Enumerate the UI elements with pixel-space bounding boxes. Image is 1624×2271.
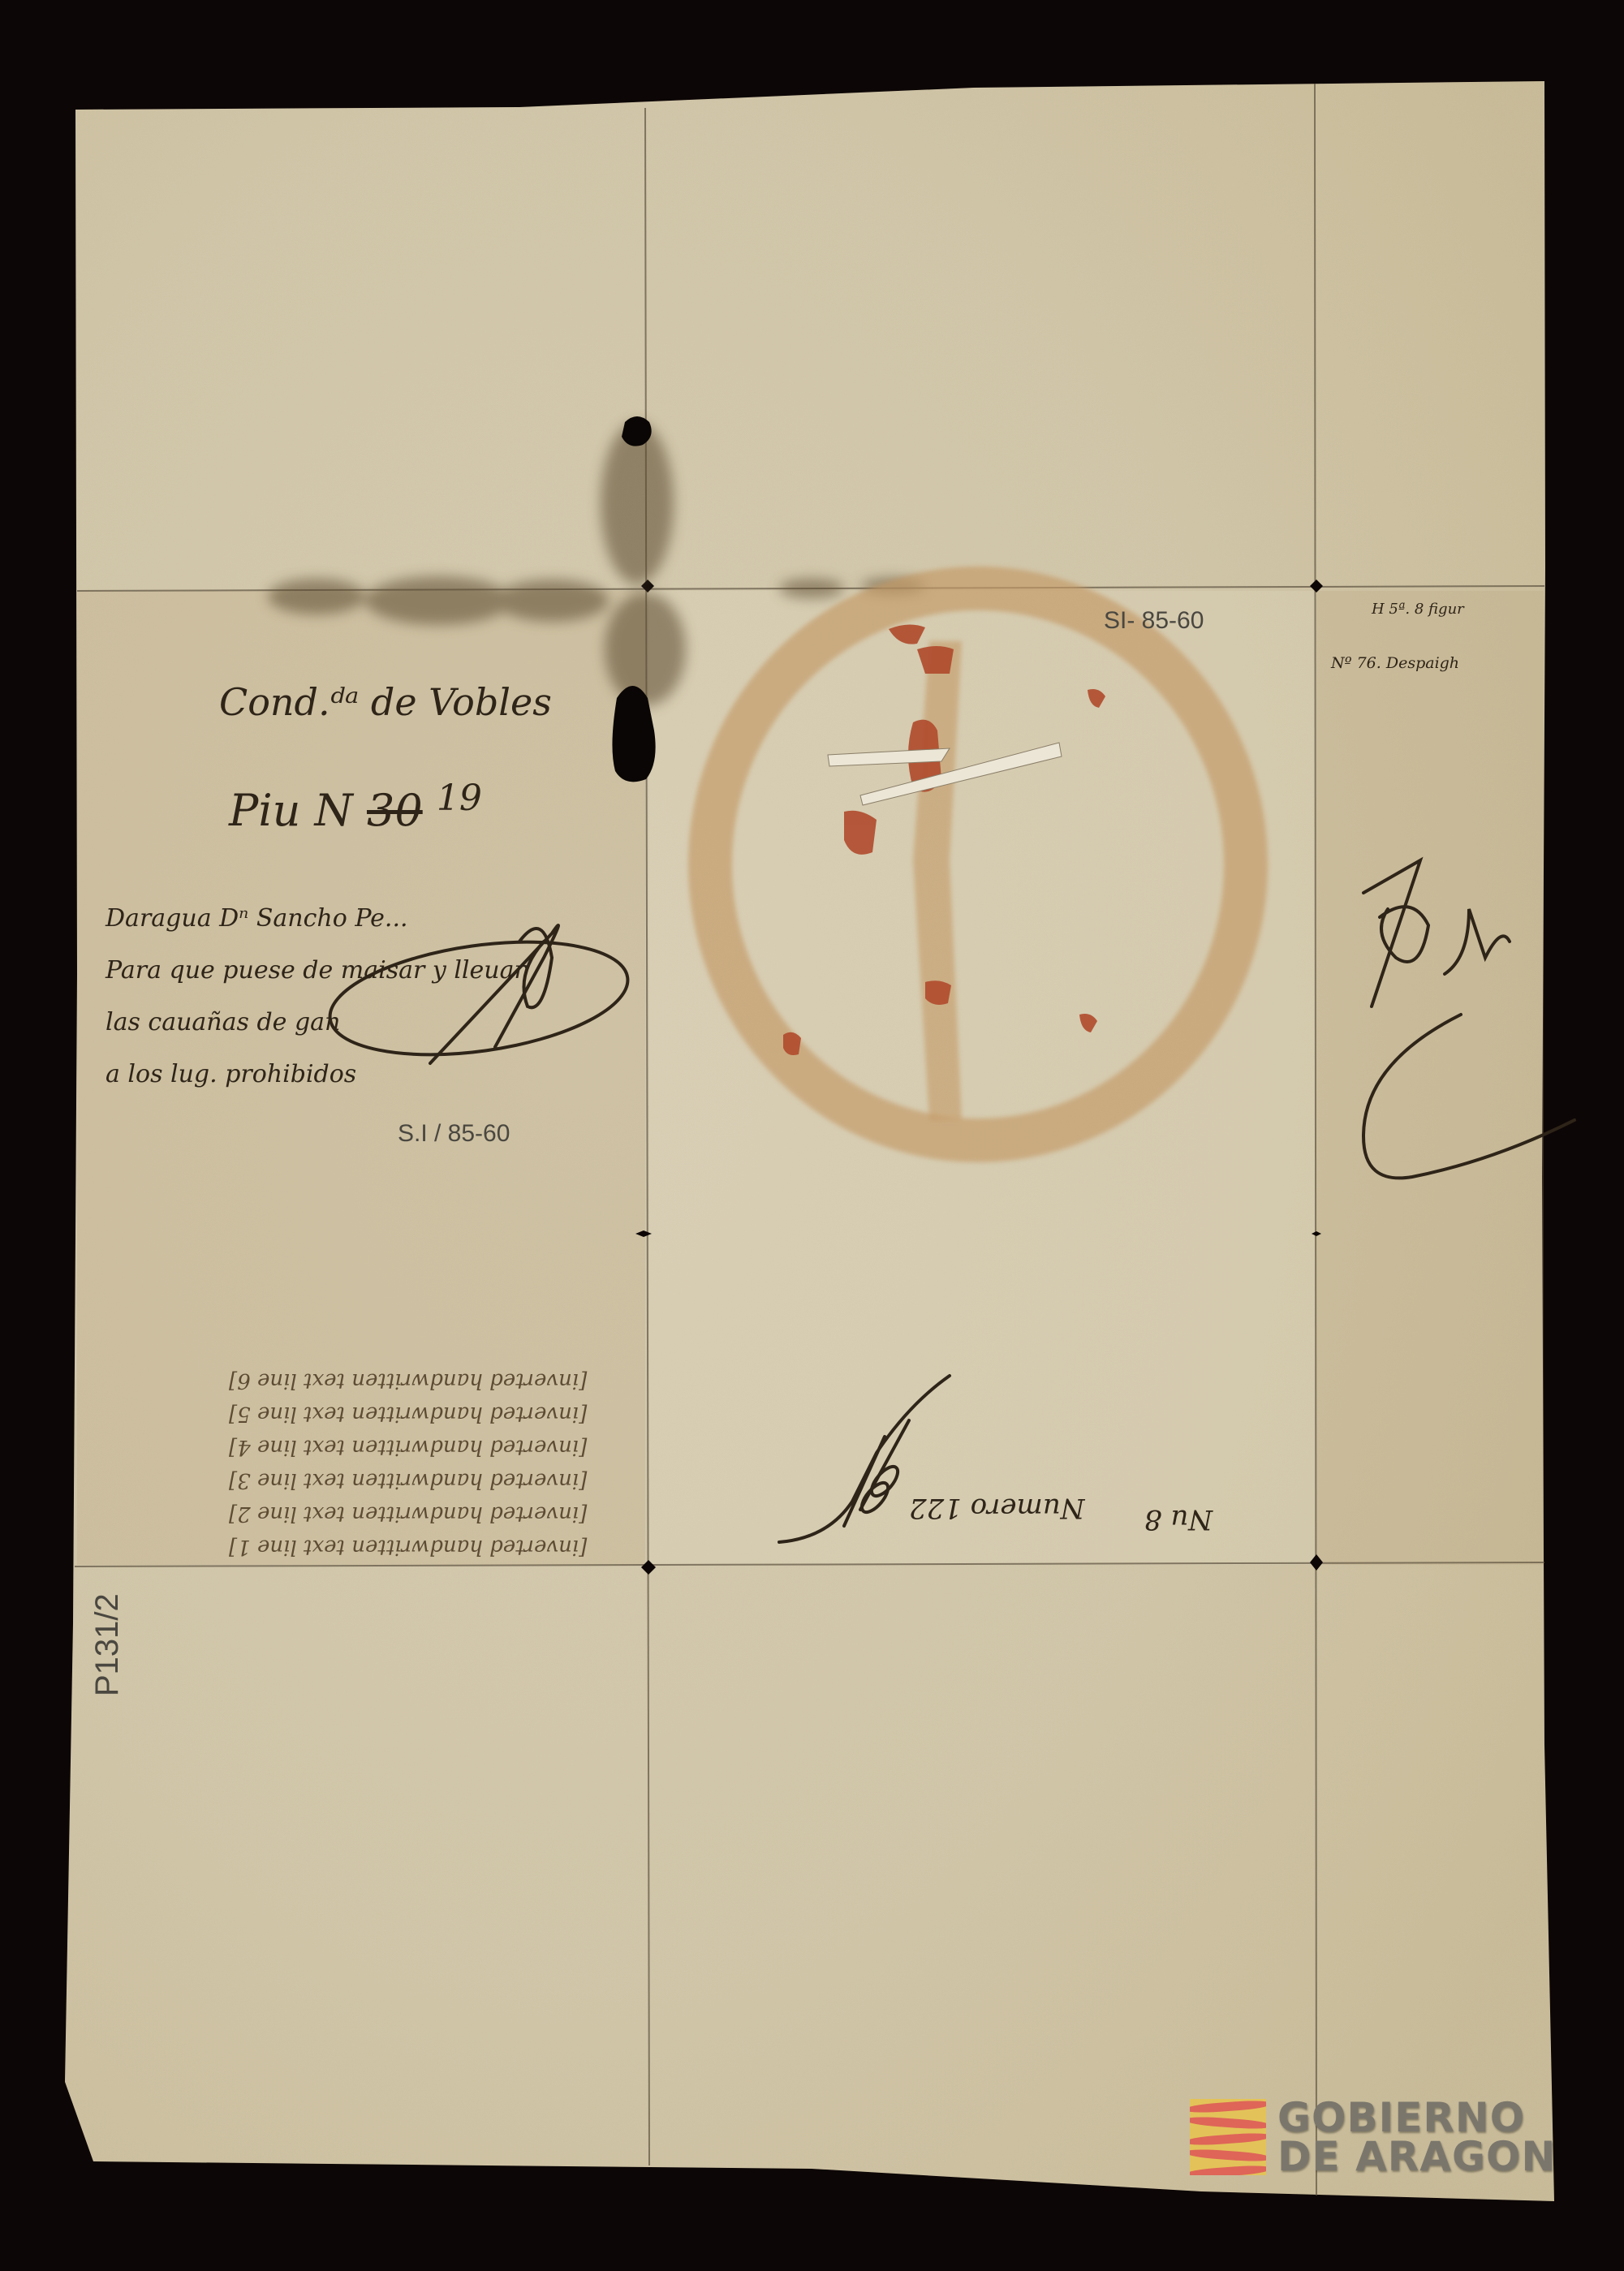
number-line: Piu N 30 19 [229, 778, 482, 836]
right-top-line2: Nº 76. Despaigh [1331, 654, 1459, 672]
gobierno-aragon-watermark: GOBIERNO DE ARAGON [1190, 2098, 1556, 2176]
title-line: Cond.ᵈᵃ de Vobles [219, 680, 552, 724]
shelfmark: P131/2 [89, 1593, 126, 1696]
address-block: Daragua Dⁿ Sancho Pe... Para que puese d… [106, 893, 526, 1101]
inverted-line: [inverted handwritten text line 4] [229, 1430, 635, 1463]
inverted-line: [inverted handwritten text line 1] [229, 1530, 635, 1563]
address-line: las cauañas de gan [106, 997, 526, 1049]
address-line: a los lug. prohibidos [106, 1049, 526, 1101]
logo-line2: DE ARAGON [1277, 2137, 1556, 2176]
inverted-line: [inverted handwritten text line 6] [229, 1364, 635, 1397]
archive-ref-top: SI- 85-60 [1104, 607, 1204, 635]
nu-inverted: Nu 8 [1144, 1503, 1213, 1536]
number-line-prefix: Piu N [229, 785, 353, 836]
address-line: Daragua Dⁿ Sancho Pe... [106, 893, 526, 945]
number-new: 19 [437, 778, 482, 819]
inverted-line: [inverted handwritten text line 2] [229, 1497, 635, 1530]
inverted-line: [inverted handwritten text line 5] [229, 1397, 635, 1430]
paper-sheet [0, 0, 1624, 2271]
inverted-text-block: [inverted handwritten text line 1] [inve… [229, 1364, 635, 1563]
document-page: Cond.ᵈᵃ de Vobles Piu N 30 19 Daragua Dⁿ… [0, 0, 1624, 2271]
numero-inverted: Numero 122 [909, 1492, 1084, 1524]
inverted-line: [inverted handwritten text line 3] [229, 1463, 635, 1497]
logo-text: GOBIERNO DE ARAGON [1277, 2098, 1556, 2176]
logo-line1: GOBIERNO [1277, 2098, 1556, 2137]
number-struck: 30 [367, 785, 423, 836]
archive-ref-left: S.I / 85-60 [398, 1120, 510, 1148]
right-top-line1: H 5ª. 8 figur [1372, 601, 1464, 618]
address-line: Para que puese de maisar y lleuar [106, 945, 526, 997]
aragon-flag-icon [1190, 2099, 1266, 2175]
